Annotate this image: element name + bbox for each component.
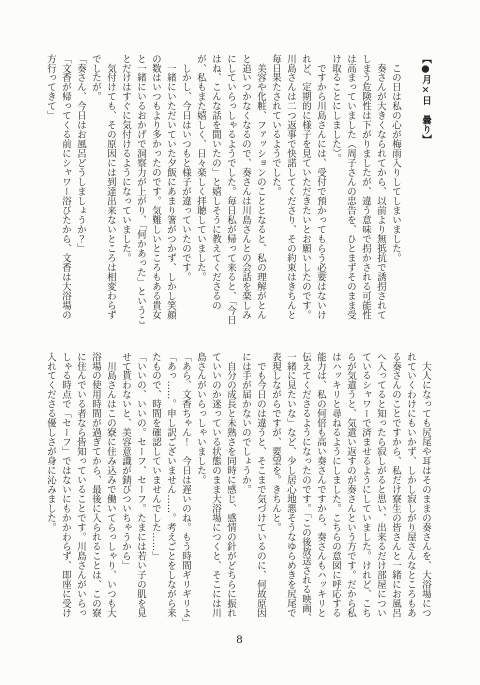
paragraph: 気付けても、その原因には到達出来ないところは相変わらずでしたが。 (88, 54, 118, 327)
paragraph: 「あっ……。申し訳ございません……。考えごとをしながら来たもので、時間を確認して… (148, 352, 178, 625)
paragraph: 「文香が帰ってくる前にシャワー浴びたから、文香は大浴場の方行ってきて」 (43, 54, 73, 327)
paragraph: この日は私の心が梅雨入りしてしまいました。 (388, 54, 403, 327)
lower-text-block: 大人になっても尻尾や耳はそのままの奏さんを、大浴場につれていくわけにもいかず、し… (43, 352, 433, 625)
paragraph: 自分の成長と未熟さを同時に感じ、感情の針がどちらに振れていいのか迷っている状態の… (193, 352, 238, 625)
paragraph: 川島さんはこの寮に住み込みで働いてらっしゃり、いつも大浴場の使用時間が過ぎてから… (43, 352, 118, 625)
paragraph: 奏さんが大きくなられてから、以前より無抵抗で誘拐されてしまう危険性は下がりました… (328, 54, 388, 327)
lower-paragraphs: 大人になっても尻尾や耳はそのままの奏さんを、大浴場につれていくわけにもいかず、し… (43, 352, 433, 625)
paragraph: 「いいの、いいの。セーフ、セーフ。たまには若い子の肌を見せて貰わないと、美容意識… (118, 352, 148, 625)
diary-page: 【●月×日 曇り】 この日は私の心が梅雨入りしてしまいました。 奏さんが大きくな… (0, 0, 480, 685)
paragraph: 大人になっても尻尾や耳はそのままの奏さんを、大浴場につれていくわけにもいかず、し… (268, 352, 433, 625)
page-number: 8 (0, 634, 480, 646)
paragraph: ですから川島さんには、受付で預かってもらう必要はないけれど、定期的に様子を見てい… (268, 54, 328, 327)
paragraph: しかし、今日はいつもと様子が違っていたのです。 (178, 54, 193, 327)
diary-date-header: 【●月×日 曇り】 (418, 54, 433, 327)
paragraph: 「奏さん、今日はお風呂どうしましょうか？」 (73, 54, 88, 327)
paragraph: 一緒にいただいていた夕飯にあまり箸がつかず、しかし笑顔の数はいつもより多かったの… (118, 54, 178, 327)
upper-paragraphs: この日は私の心が梅雨入りしてしまいました。 奏さんが大きくなられてから、以前より… (43, 54, 403, 327)
paragraph: 美容や化粧、ファッションのこととなると、私の理解がとんと追いつかなくなるので、奏… (193, 54, 268, 327)
paragraph: 「あら、文香ちゃん！ 今日は遅いのね。もう時間ギリギリよ」 (178, 352, 193, 625)
paragraph: でも今日のは違うと、そこまで気づけているのに、何故原因には手が届かないのでしょう… (238, 352, 268, 625)
upper-text-block: 【●月×日 曇り】 この日は私の心が梅雨入りしてしまいました。 奏さんが大きくな… (43, 54, 433, 327)
